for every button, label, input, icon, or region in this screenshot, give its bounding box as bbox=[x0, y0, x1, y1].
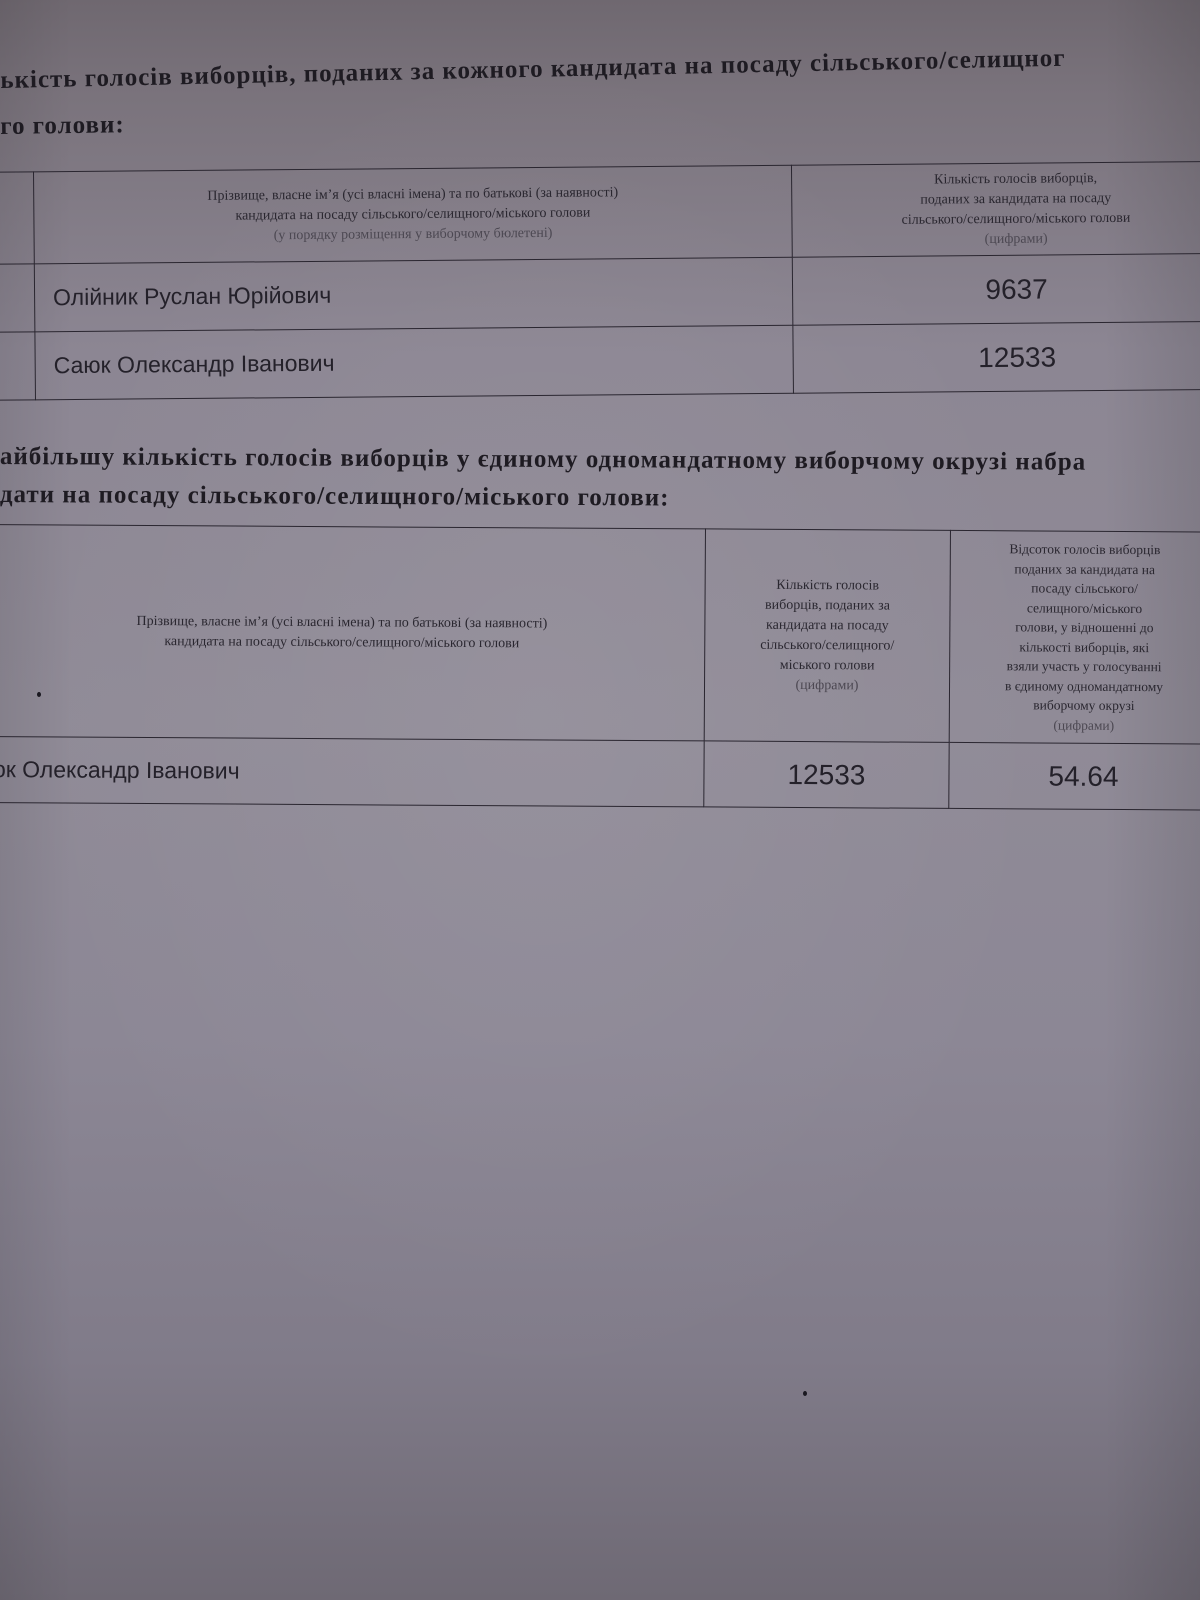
section1-heading: ькість голосів виборців, поданих за кожн… bbox=[0, 42, 1066, 98]
winner-table: Прізвище, власне ім’я (усі власні імена)… bbox=[0, 524, 1200, 811]
candidate-name: Саюк Олександр Іванович bbox=[35, 325, 794, 400]
name-column-header: Прізвище, власне ім’я (усі власні імена)… bbox=[34, 165, 793, 264]
row-number-header-cell bbox=[0, 172, 34, 265]
ink-speck bbox=[803, 1391, 807, 1396]
candidate-votes: 12533 bbox=[793, 321, 1200, 393]
candidate-name: Олійник Руслан Юрійович bbox=[34, 257, 793, 332]
table-row: Саюк Олександр Іванович 12533 bbox=[0, 321, 1200, 400]
row-number-cell bbox=[0, 264, 35, 333]
votes-column-header: Кількість голосів виборців, поданих за к… bbox=[704, 529, 950, 742]
candidate-votes: 9637 bbox=[792, 253, 1200, 325]
winner-percent: 54.64 bbox=[949, 742, 1200, 810]
section1-heading-cont: го голови: bbox=[0, 108, 125, 144]
winner-votes: 12533 bbox=[704, 741, 949, 808]
section2-heading-cont: дати на посаду сільського/селищного/місь… bbox=[0, 478, 670, 516]
table-row: Олійник Руслан Юрійович 9637 bbox=[0, 253, 1200, 332]
ink-speck bbox=[37, 692, 41, 697]
candidate-votes-table: Прізвище, власне ім’я (усі власні імена)… bbox=[0, 161, 1200, 401]
row-number-cell bbox=[0, 332, 35, 401]
section2-heading: айбільшу кількість голосів виборців у єд… bbox=[0, 440, 1086, 480]
votes-column-header: Кількість голосів виборців, поданих за к… bbox=[791, 161, 1200, 257]
name-column-header: Прізвище, власне ім’я (усі власні імена)… bbox=[0, 525, 705, 741]
winner-name: юк Олександр Іванович bbox=[0, 736, 704, 806]
percent-column-header: Відсоток голосів виборців поданих за кан… bbox=[949, 530, 1200, 744]
table-row: юк Олександр Іванович 12533 54.64 bbox=[0, 736, 1200, 810]
